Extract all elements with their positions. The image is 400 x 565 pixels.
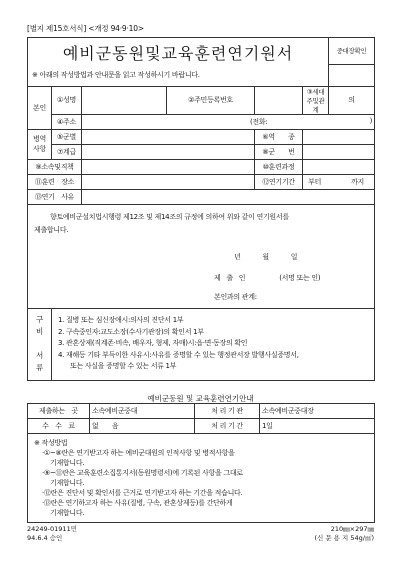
submitter-line[interactable]: 제 출 인(서명 또는 인) bbox=[34, 272, 368, 285]
paper-type: (신 문 용 지 54g/㎡) bbox=[314, 534, 374, 543]
branch-label: ⑤군별 bbox=[52, 129, 82, 144]
phone-label: (전화: bbox=[250, 118, 267, 126]
documents-label: 구비서류 bbox=[28, 308, 52, 380]
household-suffix: 의 bbox=[348, 96, 354, 104]
document-item: 2. 구속중인자:교도소장(수사기관장)의 확인서 1부 bbox=[58, 327, 368, 339]
processing-period-label: 처 리 기 간 bbox=[195, 419, 260, 434]
form-code: 24249-01911민 bbox=[27, 525, 77, 534]
footer-right: 210㎜×297㎜ (신 문 용 지 54g/㎡) bbox=[314, 525, 374, 543]
document-item: 3. 관혼상제(직계존·비속, 배우자, 형제, 자매)시:읍·면·동장의 확인 bbox=[58, 338, 368, 350]
footer-left: 24249-01911민 94.6.4 승인 bbox=[27, 525, 77, 543]
training-place-label: ⑪훈련 장소 bbox=[28, 174, 82, 189]
processing-period-value: 1일 bbox=[260, 419, 375, 434]
service-no-label: ⑧군 번 bbox=[255, 144, 303, 159]
method-item: ·⑨~⑪란은 교육훈련소집통지서(동원명령서)에 기록된 사항을 그대로 bbox=[34, 468, 368, 478]
processing-agency-label: 처 리 기 관 bbox=[195, 404, 260, 419]
application-form-table: 예비군동원및교육훈련연기원서 중대장확인 ※ 아래의 작성방법과 안내문을 읽고… bbox=[27, 37, 375, 381]
service-no-field[interactable] bbox=[303, 144, 375, 159]
commander-confirm-label: 중대장확인 bbox=[329, 38, 375, 65]
fee-label: 수 수 료 bbox=[28, 419, 90, 434]
rank-field[interactable] bbox=[82, 144, 255, 159]
form-title: 예비군동원및교육훈련연기원서 bbox=[28, 38, 329, 65]
household-label: ③세대주및관계 bbox=[303, 86, 329, 114]
rank-label: ⑦계급 bbox=[52, 144, 82, 159]
commander-confirm-box[interactable] bbox=[329, 64, 375, 86]
table-row: 제출하는 곳 소속예비군중대 처 리 기 관 소속예비군중대장 bbox=[28, 404, 375, 419]
form-number-header: [별지 제15호서식] <개정 94·9·10> bbox=[27, 23, 144, 34]
affiliation-field[interactable] bbox=[82, 159, 255, 174]
training-course-label: ⑩훈련과정 bbox=[255, 159, 303, 174]
signature-label: (서명 또는 인) bbox=[279, 274, 320, 282]
service-type-field[interactable] bbox=[303, 129, 375, 144]
resident-no-label: ②주민등록번호 bbox=[167, 86, 255, 114]
relation-line[interactable]: 본인과의 관계: bbox=[34, 291, 368, 304]
affiliation-label: ⑨소속및직책 bbox=[28, 159, 82, 174]
address-field[interactable]: (전화:) bbox=[82, 114, 375, 129]
training-course-field[interactable] bbox=[303, 159, 375, 174]
statement-block: 향토예비군설치법시행령 제12조 및 제14조의 규정에 의하여 위와 같이 연… bbox=[28, 204, 375, 308]
method-item-cont: 기재합니다. bbox=[34, 478, 368, 488]
name-field[interactable] bbox=[82, 86, 167, 114]
training-place-field[interactable] bbox=[82, 174, 255, 189]
statement-body: 향토예비군설치법시행령 제12조 및 제14조의 규정에 의하여 위와 같이 연… bbox=[34, 211, 368, 224]
document-item: 1. 질병 또는 심신장애시:의사의 진단서 1부 bbox=[58, 315, 368, 327]
writing-method-block: ※ 작성방법 ·①~⑧란은 연기받고자 하는 예비군대원의 인적사항 및 병적사… bbox=[28, 434, 375, 523]
household-field[interactable]: 의 bbox=[329, 86, 375, 114]
method-item-cont: 기재합니다. bbox=[34, 508, 368, 518]
method-item: ·⑬란은 연기하고자 하는 사유(질병, 구속, 관혼상제등)를 간단하게 bbox=[34, 498, 368, 508]
date-line[interactable]: 년 월 일 bbox=[34, 251, 368, 264]
paper-size: 210㎜×297㎜ bbox=[314, 525, 374, 534]
address-label: ④주소 bbox=[52, 114, 82, 129]
period-to: 까지 bbox=[351, 178, 364, 186]
method-item-cont: 기재합니다. bbox=[34, 458, 368, 468]
deferral-reason-field[interactable] bbox=[82, 189, 375, 204]
document-item-cont: 또는 사실을 증명할 수 있는 서류 1부 bbox=[58, 361, 368, 373]
method-title: ※ 작성방법 bbox=[34, 438, 368, 448]
phone-close: ) bbox=[370, 117, 372, 125]
military-label: 병역사항 bbox=[28, 129, 52, 159]
guide-table: 제출하는 곳 소속예비군중대 처 리 기 관 소속예비군중대장 수 수 료 없 … bbox=[27, 403, 375, 523]
resident-no-field[interactable] bbox=[255, 86, 303, 114]
approval-date: 94.6.4 승인 bbox=[27, 534, 77, 543]
deferral-reason-label: ⑬연기 사유 bbox=[28, 189, 82, 204]
fee-value: 없 음 bbox=[90, 419, 195, 434]
method-item: ·①~⑧란은 연기받고자 하는 예비군대원의 인적사항 및 병적사항을 bbox=[34, 448, 368, 458]
deferral-period-label: ⑫연기기간 bbox=[255, 174, 303, 189]
processing-agency-value: 소속예비군중대장 bbox=[260, 404, 375, 419]
table-row: 수 수 료 없 음 처 리 기 간 1일 bbox=[28, 419, 375, 434]
instruction-text: ※ 아래의 작성방법과 안내문을 읽고 작성하시기 바랍니다. bbox=[28, 64, 329, 86]
name-label: ①성명 bbox=[52, 86, 82, 114]
statement-body-2: 제출합니다. bbox=[34, 224, 368, 237]
submit-to-value: 소속예비군중대 bbox=[90, 404, 195, 419]
branch-field[interactable] bbox=[82, 129, 255, 144]
submit-to-label: 제출하는 곳 bbox=[28, 404, 90, 419]
service-type-label: ⑥역 종 bbox=[255, 129, 303, 144]
self-label: 본인 bbox=[28, 86, 52, 129]
required-documents-list: 1. 질병 또는 심신장애시:의사의 진단서 1부 2. 구속중인자:교도소장(… bbox=[52, 308, 375, 380]
period-from: 부터 bbox=[308, 178, 321, 186]
method-item: ·⑫란은 진단서 및 확인서를 근거로 연기받고자 하는 기간을 적습니다. bbox=[34, 488, 368, 498]
deferral-period-field[interactable]: 부터까지 bbox=[303, 174, 375, 189]
document-item: 4. 재해등 기타 부득이한 사유시:사유를 증명할 수 있는 행정관서장 발행… bbox=[58, 350, 368, 362]
